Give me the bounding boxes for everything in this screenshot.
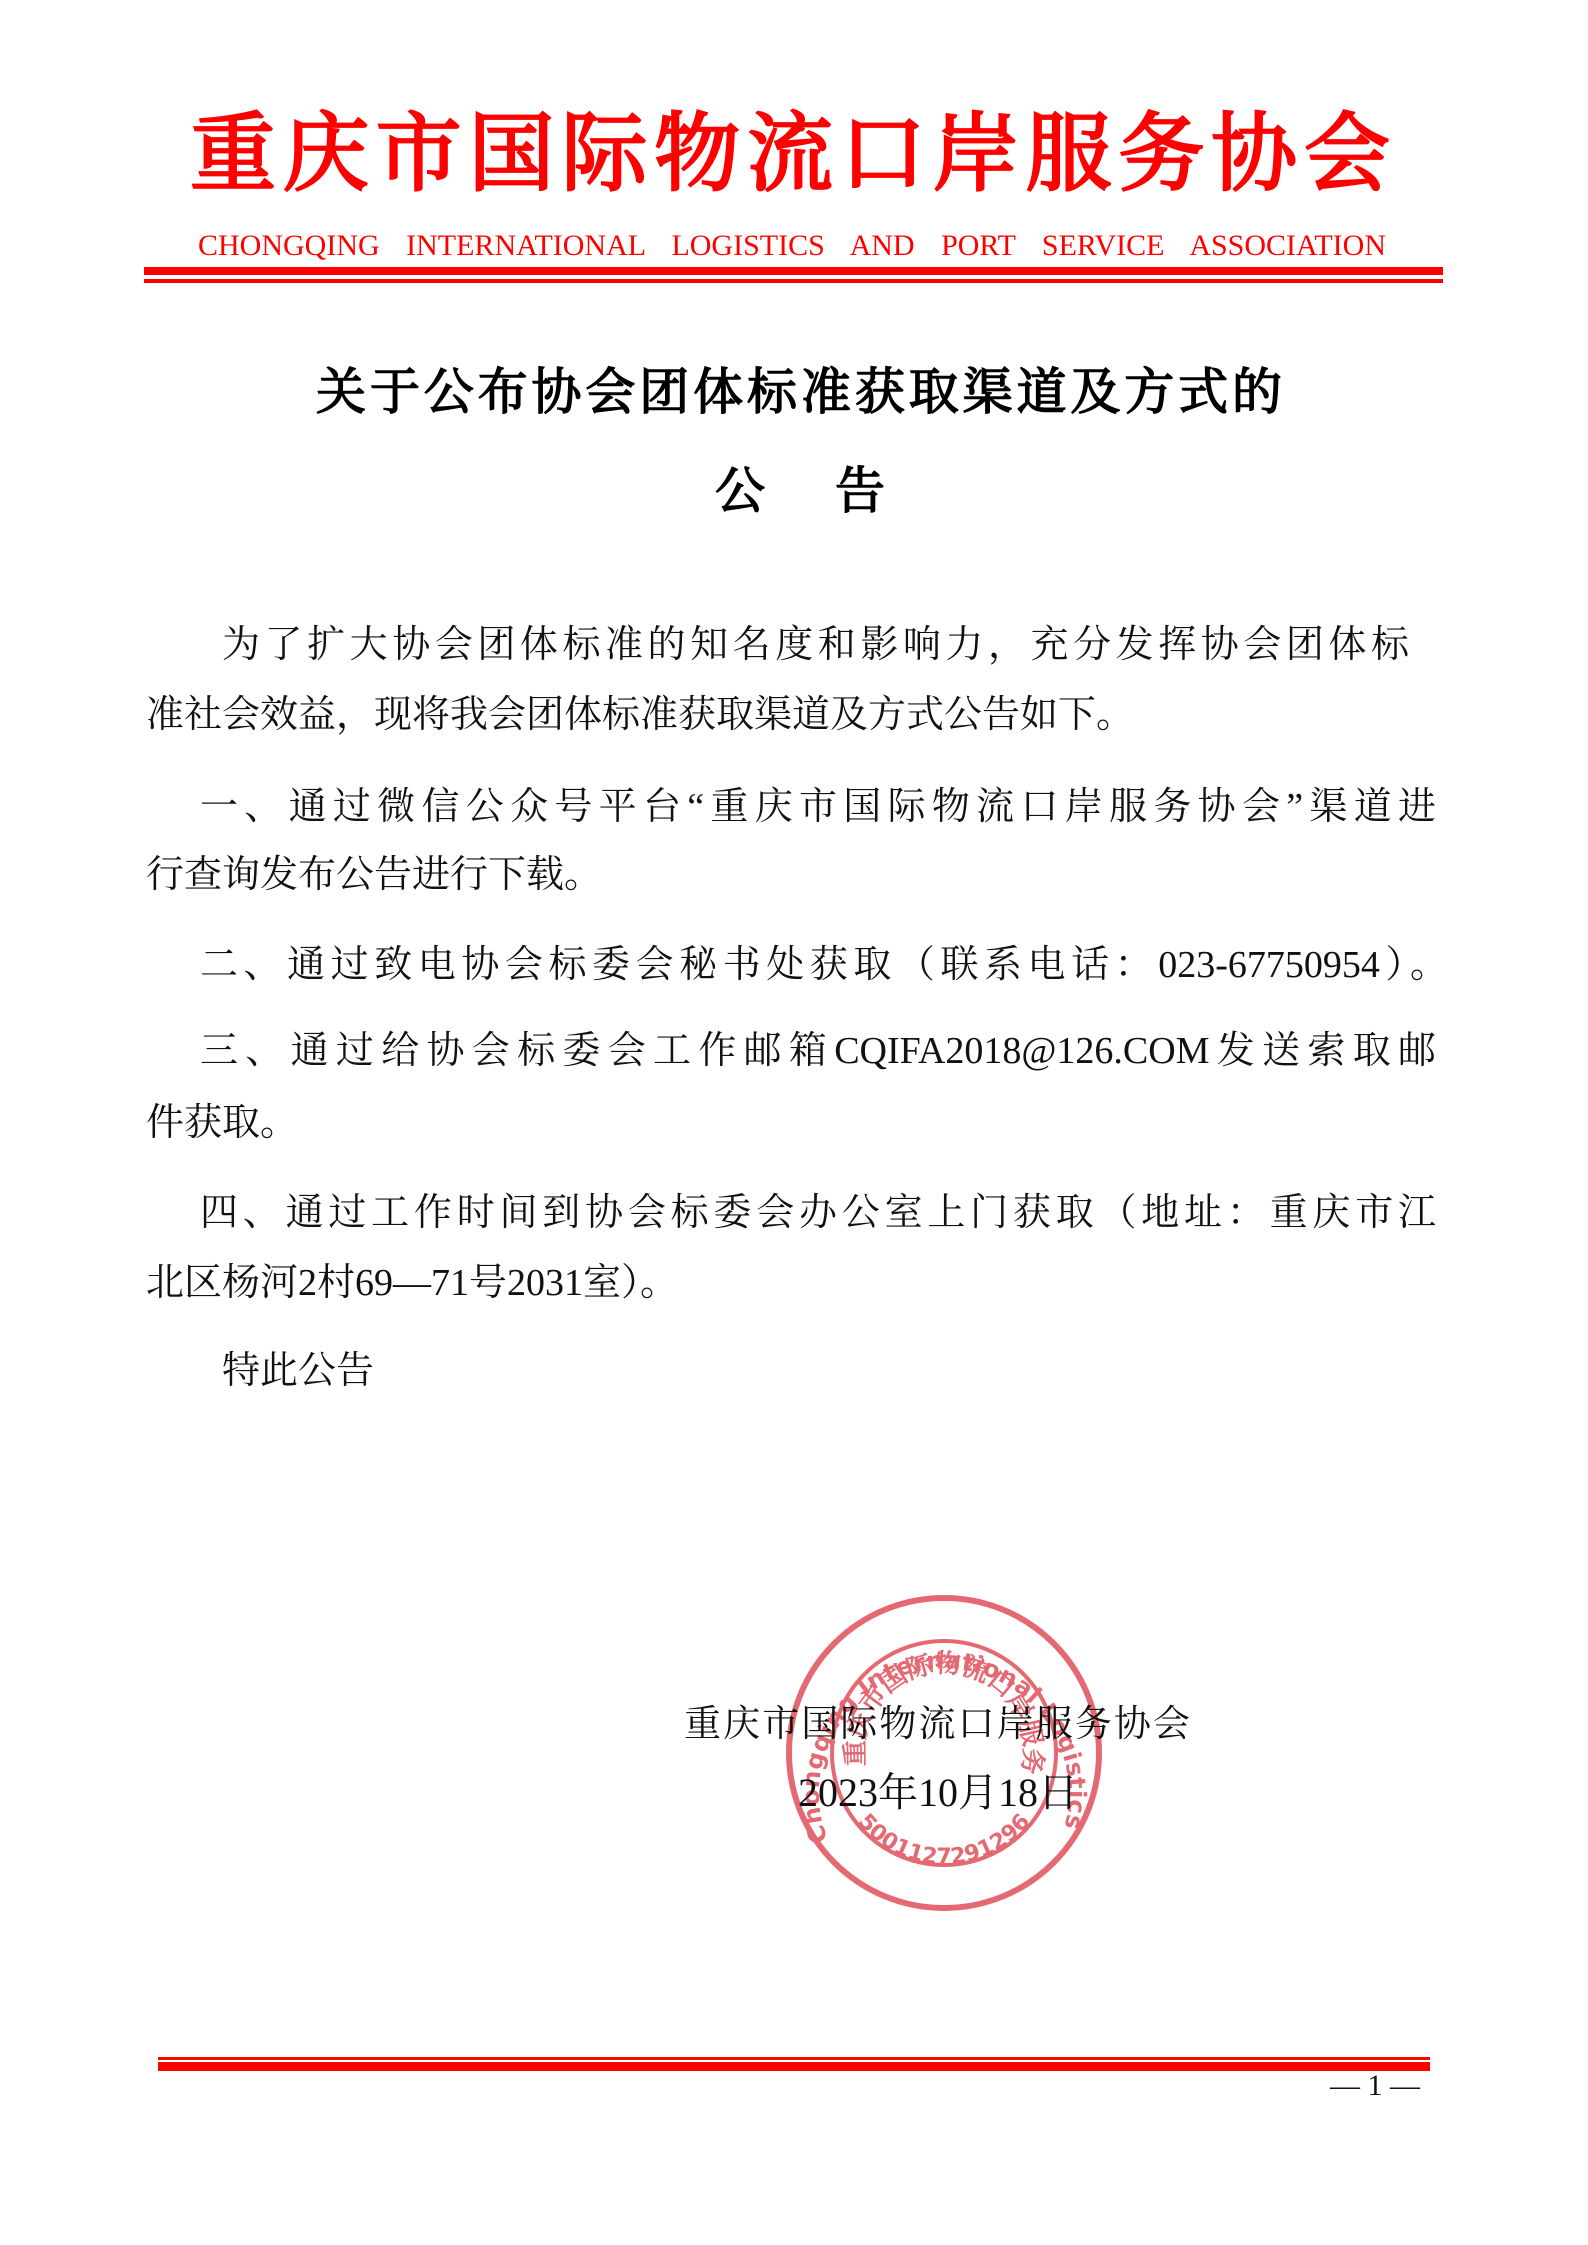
org-name-cn: 重庆市国际物流口岸服务协会 [190, 104, 1390, 204]
page-number: — 1 — [1330, 2068, 1420, 2104]
notice-title-line1: 关于公布协会团体标准获取渠道及方式的 [316, 362, 1282, 422]
paragraph-intro-line1: 为了扩大协会团体标准的知名度和影响力，充分发挥协会团体标 [222, 620, 1409, 670]
footer-rule-thick [158, 2062, 1430, 2071]
signature-date: 2023年10月18日 [798, 1770, 1072, 1816]
org-name-en: CHONGQING INTERNATIONAL LOGISTICS AND PO… [198, 228, 1386, 264]
svg-text:5001127291296: 5001127291296 [853, 1809, 1035, 1870]
channel-1-line2: 行查询发布公告进行下载。 [146, 850, 846, 900]
closing-statement: 特此公告 [222, 1346, 522, 1396]
channel-4-line2: 北区杨河2村69—71号2031室）。 [146, 1258, 846, 1308]
channel-2-phone: 二、通过致电协会标委会秘书处获取（联系电话：023-67750954）。 [200, 940, 1448, 990]
channel-3-line2: 件获取。 [146, 1098, 546, 1148]
notice-title-line2: 公 告 [715, 461, 885, 521]
channel-4-line1: 四、通过工作时间到协会标委会办公室上门获取（地址：重庆市江 [200, 1188, 1436, 1238]
footer-rule-thin [158, 2057, 1430, 2060]
official-seal-icon: Chongqing International Logistics and Po… [784, 1590, 1104, 1916]
signature-org: 重庆市国际物流口岸服务协会 [684, 1702, 1190, 1748]
header-rule-thin [144, 279, 1443, 283]
channel-1-line1: 一、通过微信公众号平台“重庆市国际物流口岸服务协会”渠道进 [200, 782, 1436, 832]
header-rule-thick [144, 267, 1443, 275]
channel-3-line1: 三、通过给协会标委会工作邮箱CQIFA2018@126.COM发送索取邮 [200, 1026, 1436, 1076]
paragraph-intro-line2: 准社会效益，现将我会团体标准获取渠道及方式公告如下。 [146, 690, 1296, 740]
